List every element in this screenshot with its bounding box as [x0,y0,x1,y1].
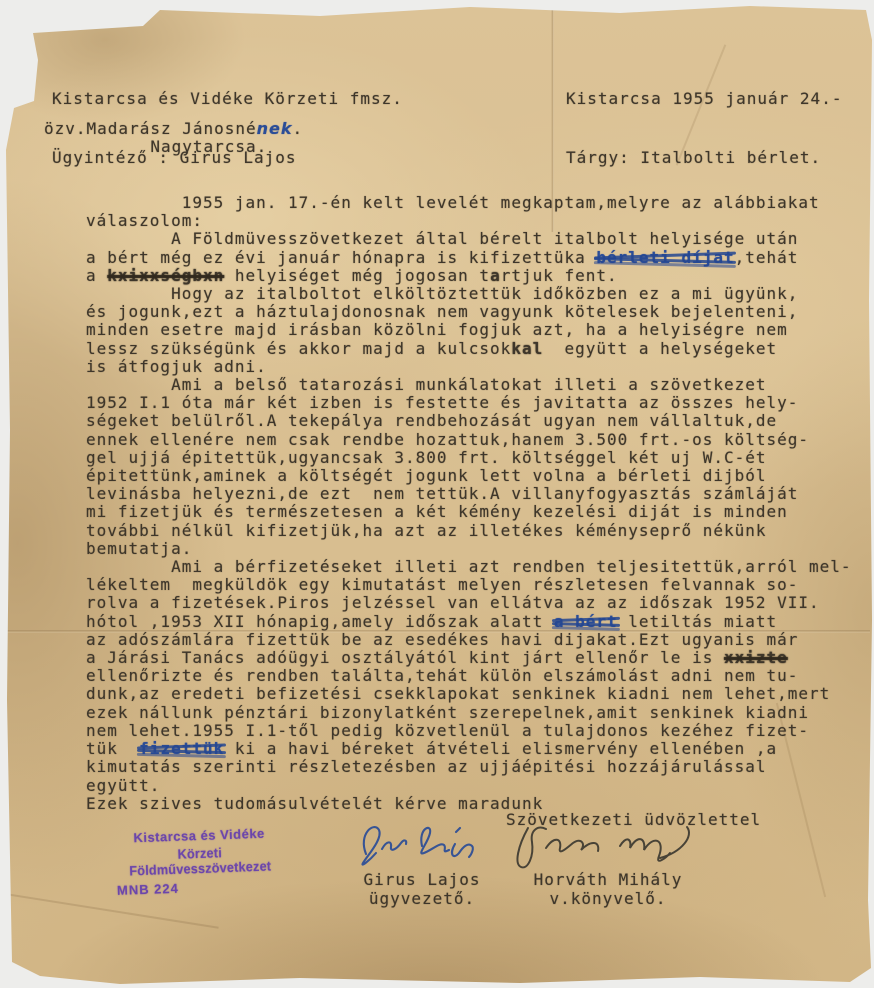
horvath-signature-icon [508,820,708,870]
text-line: további nélkül kifizetjük,ha azt az ille… [86,522,852,540]
place-date: Kistarcsa 1955 január 24.- [566,88,842,109]
body-text: ségeket belülről.A tekepálya rendbehozás… [86,411,777,430]
text-line: ellenőrizte és rendben találta,tehát kül… [86,667,852,685]
typewriter-xed-text: xxizte [724,648,788,667]
body-text: válaszolom: [86,211,203,230]
text-line: a kxixxségbxn helyiséget még jogosan tar… [86,267,852,285]
body-text: 1955 jan. 17.-én kelt levelét megkaptam,… [86,193,820,212]
signer-girus: Girus Lajos ügyvezető. [352,818,492,908]
handwritten-blue-text: nek [257,119,293,138]
body-text: Nagytarcsa. [44,137,267,156]
body-text: helyiséget még jogosan t [224,266,490,285]
text-line: kimutatás szerinti részletezésben az ujj… [86,758,852,776]
body-text: ellenőrizte és rendben találta,tehát kül… [86,666,798,685]
text-line: hótol ,1953 XII hónapig,amely időszak al… [86,613,852,631]
text-line: együtt. [86,777,852,795]
text-line: Ami a bérfizetéseket illeti azt rendben … [86,558,852,576]
body-text: további nélkül kifizetjük,ha azt az ille… [86,521,767,540]
blue-ink-struck-text: fizettük [139,739,224,758]
body-text: rolva a fizetések.Piros jelzéssel van el… [86,593,820,612]
body-text: kimutatás szerinti részletezésben az ujj… [86,757,767,776]
body-text: minden esetre majd irásban közölni fogju… [86,320,788,339]
text-line: Nagytarcsa. [44,138,303,156]
text-line: bemutatja. [86,540,852,558]
text-line: rolva a fizetések.Piros jelzéssel van el… [86,594,852,612]
text-line: levinásba helyezni,de ezt nem tettük.A v… [86,485,852,503]
typed-title: v.könyvelő. [508,889,708,908]
text-line: dunk,az eredeti befizetési csekklapokat … [86,685,852,703]
text-line: gel ujjá épitettük,ugyancsak 3.800 frt. … [86,449,852,467]
body-text: lessz szükségünk és akkor majd a kulcsok [86,339,511,358]
text-line: nem lehet.1955 I.1-től pedig közvetlenül… [86,722,852,740]
body-text: gel ujjá épitettük,ugyancsak 3.800 frt. … [86,448,767,467]
text-line: A Földmüvesszövetkezet által bérelt ital… [86,230,852,248]
body-text: épitettünk,aminek a költségét jogunk let… [86,466,767,485]
body-text: is átfogjuk adni. [86,357,267,376]
typed-name: Girus Lajos [352,870,492,889]
text-line: minden esetre majd irásban közölni fogju… [86,321,852,339]
body-text: Ami a belső tatarozási munkálatokat ille… [86,375,767,394]
body-text: dunk,az eredeti befizetési csekklapokat … [86,684,830,703]
body-text: együtt a helységeket [543,339,777,358]
body-text: a bért még ez évi január hónapra is kifi… [86,248,596,267]
blue-ink-struck-text: bérleti díjat [596,248,734,267]
overstruck-bold-text: a [490,266,501,285]
body-text: Hogy az italboltot elköltöztettük időköz… [86,284,798,303]
text-line: is átfogjuk adni. [86,358,852,376]
signer-horvath: Horváth Mihály v.könyvelő. [508,820,708,908]
recipient-block: özv.Madarász Jánosnének. Nagytarcsa. [44,120,303,156]
subject-line: Tárgy: Italbolti bérlet. [566,147,842,168]
stamp-line3: MNB 224 [117,876,301,897]
text-line: özv.Madarász Jánosnének. [44,120,303,138]
scanned-letter: Kistarcsa és Vidéke Körzeti fmsz. Ügyint… [0,0,874,988]
body-text: ennek ellenére nem csak rendbe hozattuk,… [86,430,809,449]
body-text: hótol ,1953 XII hónapig,amely időszak al… [86,612,554,631]
body-text: letiltás miatt [618,612,778,631]
text-line: Ami a belső tatarozási munkálatokat ille… [86,376,852,394]
paper: Kistarcsa és Vidéke Körzeti fmsz. Ügyint… [0,0,874,988]
date-subject-block: Kistarcsa 1955 január 24.- Tárgy: Italbo… [566,50,842,206]
cooperative-stamp: Kistarcsa és Vidéke Körzeti Földművesszö… [99,825,301,899]
text-line: tük fizettük ki a havi béreket átvételi … [86,740,852,758]
body-text: és jogunk,ezt a háztulajdonosnak nem vag… [86,302,798,321]
body-text: Ami a bérfizetéseket illeti azt rendben … [86,557,852,576]
typed-name: Horváth Mihály [508,870,708,889]
body-text: mi fizetjük és természetesen a két kémén… [86,502,788,521]
body-text: nem lehet.1955 I.1-től pedig közvetlenül… [86,721,809,740]
text-line: ségeket belülről.A tekepálya rendbehozás… [86,412,852,430]
body-text: együtt. [86,776,160,795]
text-line: épitettünk,aminek a költségét jogunk let… [86,467,852,485]
sender-name: Kistarcsa és Vidéke Körzeti fmsz. [52,88,403,109]
overstruck-bold-text: kal [511,339,543,358]
body-text: az adószámlára fizettük be az esedékes h… [86,630,798,649]
letter-body: 1955 jan. 17.-én kelt levelét megkaptam,… [86,194,852,813]
typed-title: ügyvezető. [352,889,492,908]
blue-ink-struck-text: a bért [554,612,618,631]
text-line: az adószámlára fizettük be az esedékes h… [86,631,852,649]
typewriter-xed-text: kxixxségbxn [107,266,224,285]
text-line: Hogy az italboltot elköltöztettük időköz… [86,285,852,303]
body-text: 1952 I.1 óta már két izben is festette é… [86,393,798,412]
text-line: lessz szükségünk és akkor majd a kulcsok… [86,340,852,358]
text-line: 1952 I.1 óta már két izben is festette é… [86,394,852,412]
girus-signature-icon [352,818,492,870]
body-text: bemutatja. [86,539,192,558]
text-line: a bért még ez évi január hónapra is kifi… [86,249,852,267]
text-line: ennek ellenére nem csak rendbe hozattuk,… [86,431,852,449]
body-text: özv.Madarász Jánosné [44,119,257,138]
body-text: levinásba helyezni,de ezt nem tettük.A v… [86,484,798,503]
body-text: ,tehát [735,248,799,267]
body-text: a [86,266,107,285]
stamp-line2: Körzeti Földművesszövetkezet [106,843,295,880]
body-text: rtjuk fent. [501,266,618,285]
text-line: válaszolom: [86,212,852,230]
body-text: ki a havi béreket átvételi elismervény e… [224,739,777,758]
text-line: 1955 jan. 17.-én kelt levelét megkaptam,… [86,194,852,212]
text-line: a Járási Tanács adóügyi osztályától kint… [86,649,852,667]
body-text: a Járási Tanács adóügyi osztályától kint… [86,648,724,667]
text-line: lékeltem megküldök egy kimutatást melyen… [86,576,852,594]
text-line: és jogunk,ezt a háztulajdonosnak nem vag… [86,303,852,321]
text-line: ezek nállunk pénztári bizonylatként szer… [86,704,852,722]
text-line: mi fizetjük és természetesen a két kémén… [86,503,852,521]
body-text: Ezek szives tudomásulvételét kérve marad… [86,794,543,813]
body-text: . [293,119,304,138]
body-text: tük [86,739,139,758]
body-text: lékeltem megküldök egy kimutatást melyen… [86,575,798,594]
body-text: A Földmüvesszövetkezet által bérelt ital… [86,229,798,248]
body-text: ezek nállunk pénztári bizonylatként szer… [86,703,809,722]
